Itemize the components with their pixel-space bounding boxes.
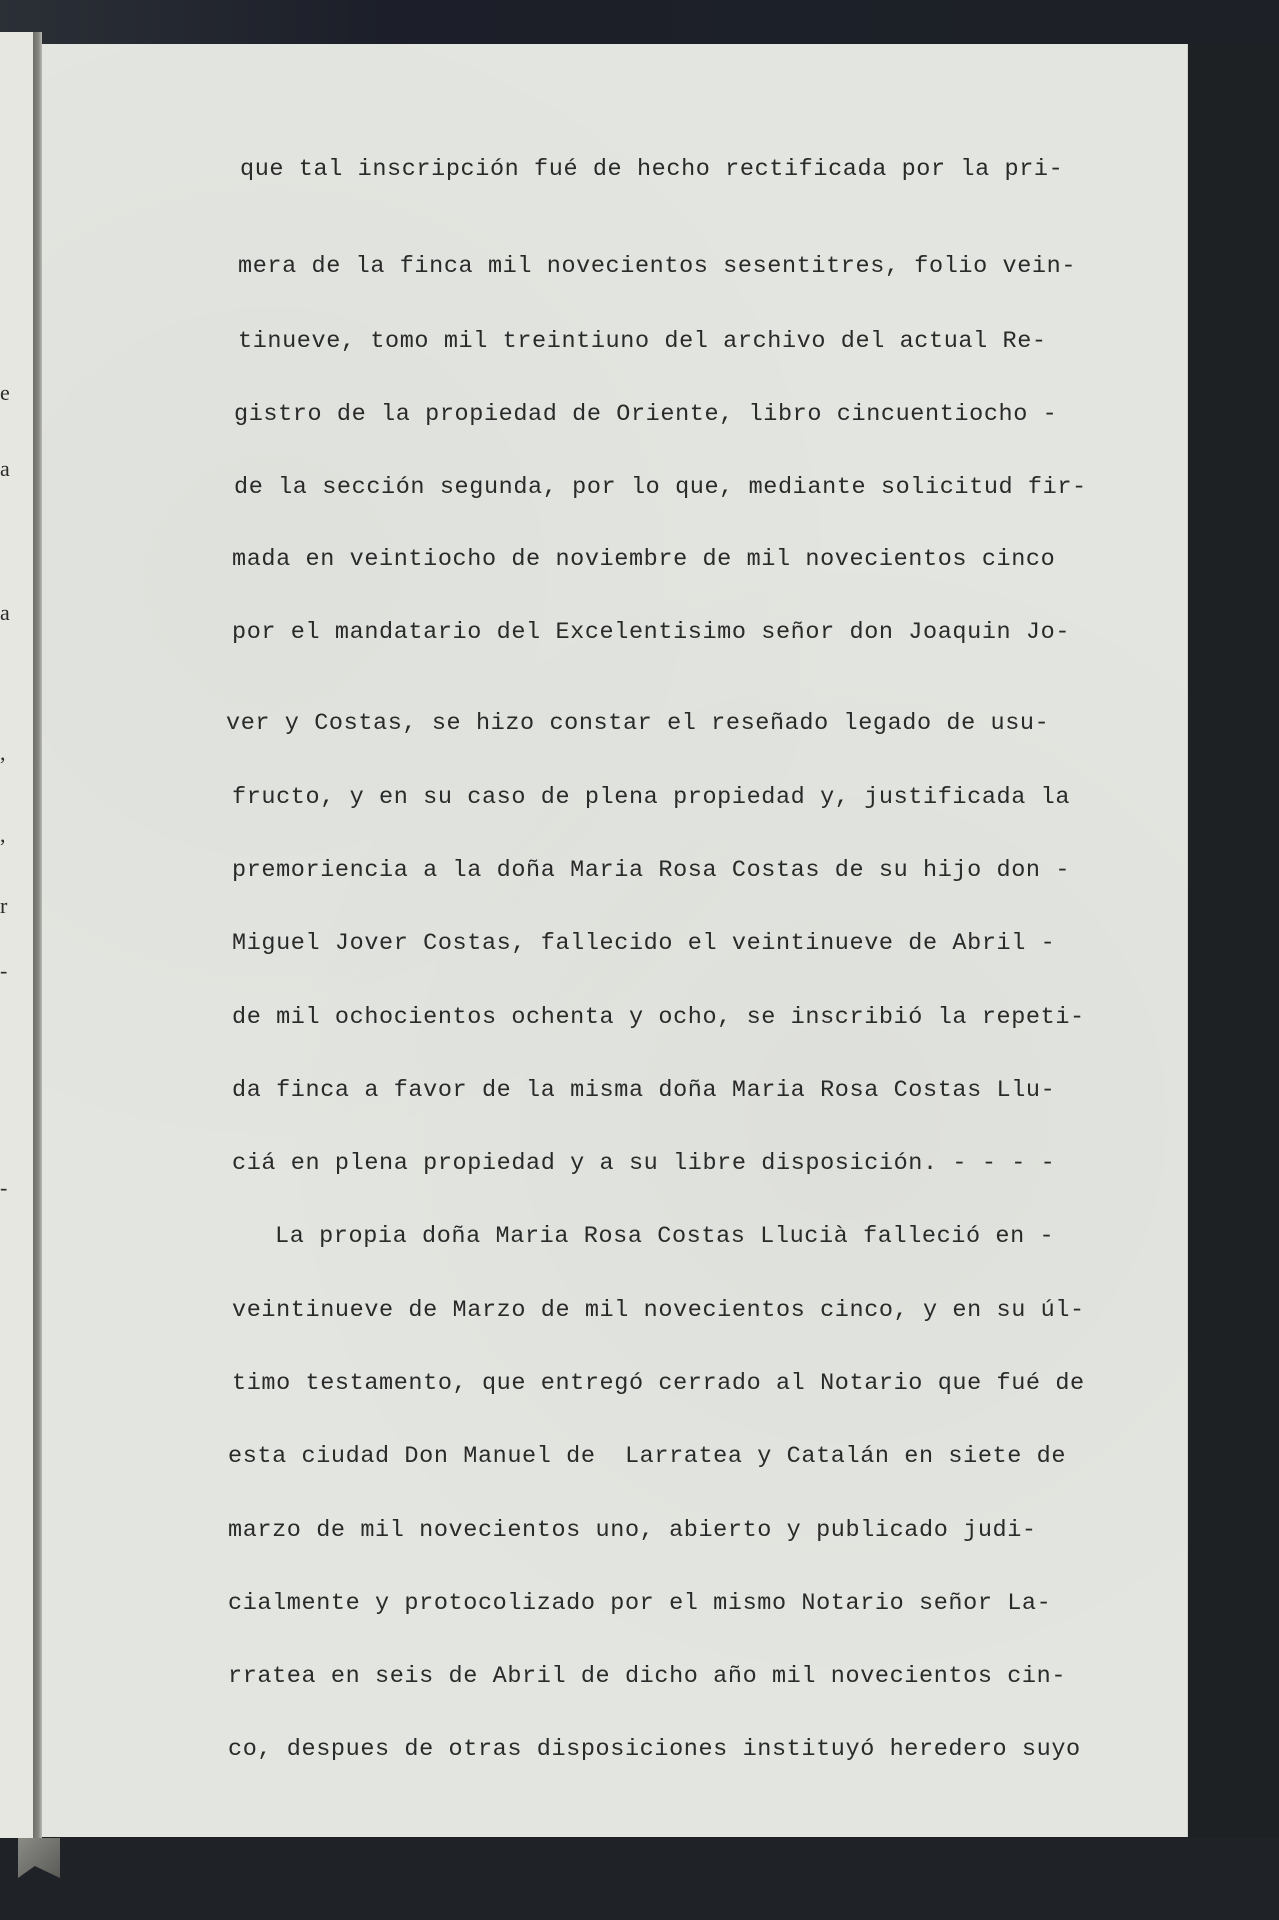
left-page-text-fragment: ,: [0, 822, 6, 848]
text-line: de mil ochocientos ochenta y ocho, se in…: [232, 1006, 1085, 1030]
text-line: cialmente y protocolizado por el mismo N…: [228, 1592, 1051, 1616]
left-page-text-fragment: e: [0, 380, 10, 406]
left-page-text-fragment: -: [0, 1175, 7, 1201]
text-line: mada en veintiocho de noviembre de mil n…: [232, 548, 1055, 572]
text-line: ver y Costas, se hizo constar el reseñad…: [226, 712, 1049, 736]
document-page: que tal inscripción fué de hecho rectifi…: [42, 44, 1187, 1837]
text-line: premoriencia a la doña Maria Rosa Costas…: [232, 859, 1070, 883]
scanner-backdrop-bottom: [0, 1838, 1279, 1920]
left-page-text-fragment: ,: [0, 740, 6, 766]
text-line: que tal inscripción fué de hecho rectifi…: [240, 158, 1063, 182]
text-line: veintinueve de Marzo de mil novecientos …: [232, 1299, 1085, 1323]
text-line: ciá en plena propiedad y a su libre disp…: [232, 1152, 1055, 1176]
text-line: tinueve, tomo mil treintiuno del archivo…: [238, 330, 1047, 354]
left-page-text-fragment: r: [0, 893, 7, 919]
text-line: de la sección segunda, por lo que, media…: [234, 476, 1087, 500]
left-page-text-fragment: a: [0, 600, 10, 626]
text-line: Miguel Jover Costas, fallecido el veinti…: [232, 932, 1055, 956]
scanner-backdrop-top: [0, 0, 1279, 44]
text-line: rratea en seis de Abril de dicho año mil…: [228, 1665, 1066, 1689]
text-line: marzo de mil novecientos uno, abierto y …: [228, 1519, 1037, 1543]
text-line: da finca a favor de la misma doña Maria …: [232, 1079, 1055, 1103]
text-line: por el mandatario del Excelentisimo seño…: [232, 621, 1070, 645]
text-line: co, despues de otras disposiciones insti…: [228, 1738, 1081, 1762]
text-line: mera de la finca mil novecientos sesenti…: [238, 255, 1076, 279]
text-line: fructo, y en su caso de plena propiedad …: [232, 786, 1070, 810]
left-page-text-fragment: -: [0, 958, 7, 984]
book-gutter: [33, 32, 42, 1840]
text-line: gistro de la propiedad de Oriente, libro…: [234, 403, 1057, 427]
left-page-text-fragment: a: [0, 456, 10, 482]
text-line: esta ciudad Don Manuel de Larratea y Cat…: [228, 1445, 1066, 1469]
text-line: La propia doña Maria Rosa Costas Llucià …: [275, 1225, 1054, 1249]
adjacent-left-page: eaa,,r--: [0, 32, 33, 1839]
text-line: timo testamento, que entregó cerrado al …: [232, 1372, 1085, 1396]
